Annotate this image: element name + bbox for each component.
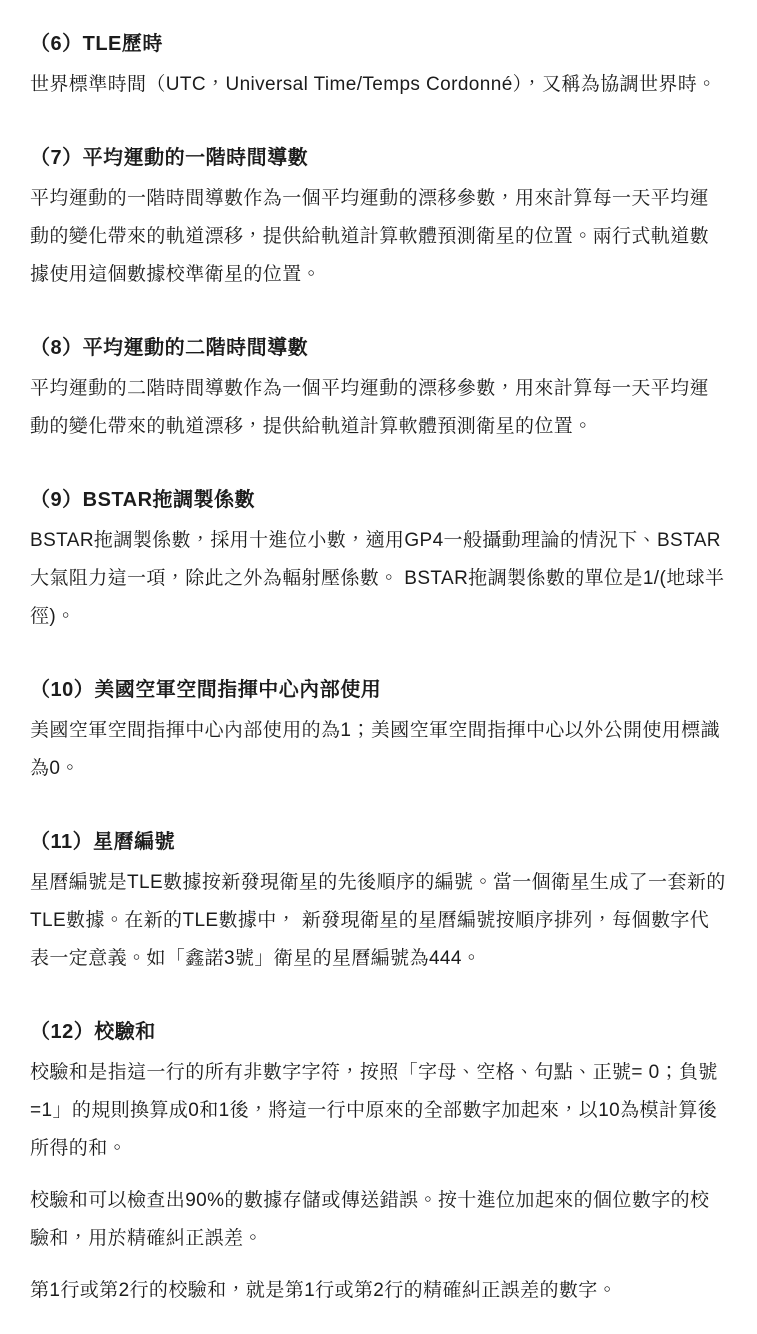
section-heading: （11）星曆編號 — [30, 802, 729, 856]
section-checksum: （12）校驗和 校驗和是指這一行的所有非數字字符，按照「字母、空格、句點、正號=… — [30, 992, 729, 1310]
section-heading: （8）平均運動的二階時間導數 — [30, 308, 729, 362]
section-heading: （6）TLE歷時 — [30, 24, 729, 58]
section-heading: （9）BSTAR拖調製係數 — [30, 460, 729, 514]
section-usaf-internal-use: （10）美國空軍空間指揮中心內部使用 美國空軍空間指揮中心內部使用的為1；美國空… — [30, 650, 729, 788]
section-tle-epoch: （6）TLE歷時 世界標準時間（UTC，Universal Time/Temps… — [30, 24, 729, 104]
section-paragraph: 平均運動的一階時間導數作為一個平均運動的漂移參數，用來計算每一天平均運動的變化帶… — [30, 180, 726, 294]
section-paragraph: 世界標準時間（UTC，Universal Time/Temps Cordonné… — [30, 66, 726, 104]
section-paragraph: 校驗和是指這一行的所有非數字字符，按照「字母、空格、句點、正號= 0；負號=1」… — [30, 1054, 726, 1168]
section-paragraph: 校驗和可以檢查出90%的數據存儲或傳送錯誤。按十進位加起來的個位數字的校驗和，用… — [30, 1182, 726, 1258]
section-ephemeris-number: （11）星曆編號 星曆編號是TLE數據按新發現衛星的先後順序的編號。當一個衛星生… — [30, 802, 729, 978]
section-second-derivative-mean-motion: （8）平均運動的二階時間導數 平均運動的二階時間導數作為一個平均運動的漂移參數，… — [30, 308, 729, 446]
section-bstar-drag-coefficient: （9）BSTAR拖調製係數 BSTAR拖調製係數，採用十進位小數，適用GP4一般… — [30, 460, 729, 636]
section-first-derivative-mean-motion: （7）平均運動的一階時間導數 平均運動的一階時間導數作為一個平均運動的漂移參數，… — [30, 118, 729, 294]
section-heading: （10）美國空軍空間指揮中心內部使用 — [30, 650, 729, 704]
section-paragraph: 星曆編號是TLE數據按新發現衛星的先後順序的編號。當一個衛星生成了一套新的TLE… — [30, 864, 726, 978]
section-paragraph: BSTAR拖調製係數，採用十進位小數，適用GP4一般攝動理論的情況下、BSTAR… — [30, 522, 726, 636]
section-paragraph: 第1行或第2行的校驗和，就是第1行或第2行的精確糾正誤差的數字。 — [30, 1272, 726, 1310]
document-page: （6）TLE歷時 世界標準時間（UTC，Universal Time/Temps… — [0, 0, 757, 1334]
section-heading: （7）平均運動的一階時間導數 — [30, 118, 729, 172]
section-paragraph: 美國空軍空間指揮中心內部使用的為1；美國空軍空間指揮中心以外公開使用標識為0。 — [30, 712, 726, 788]
section-paragraph: 平均運動的二階時間導數作為一個平均運動的漂移參數，用來計算每一天平均運動的變化帶… — [30, 370, 726, 446]
section-heading: （12）校驗和 — [30, 992, 729, 1046]
